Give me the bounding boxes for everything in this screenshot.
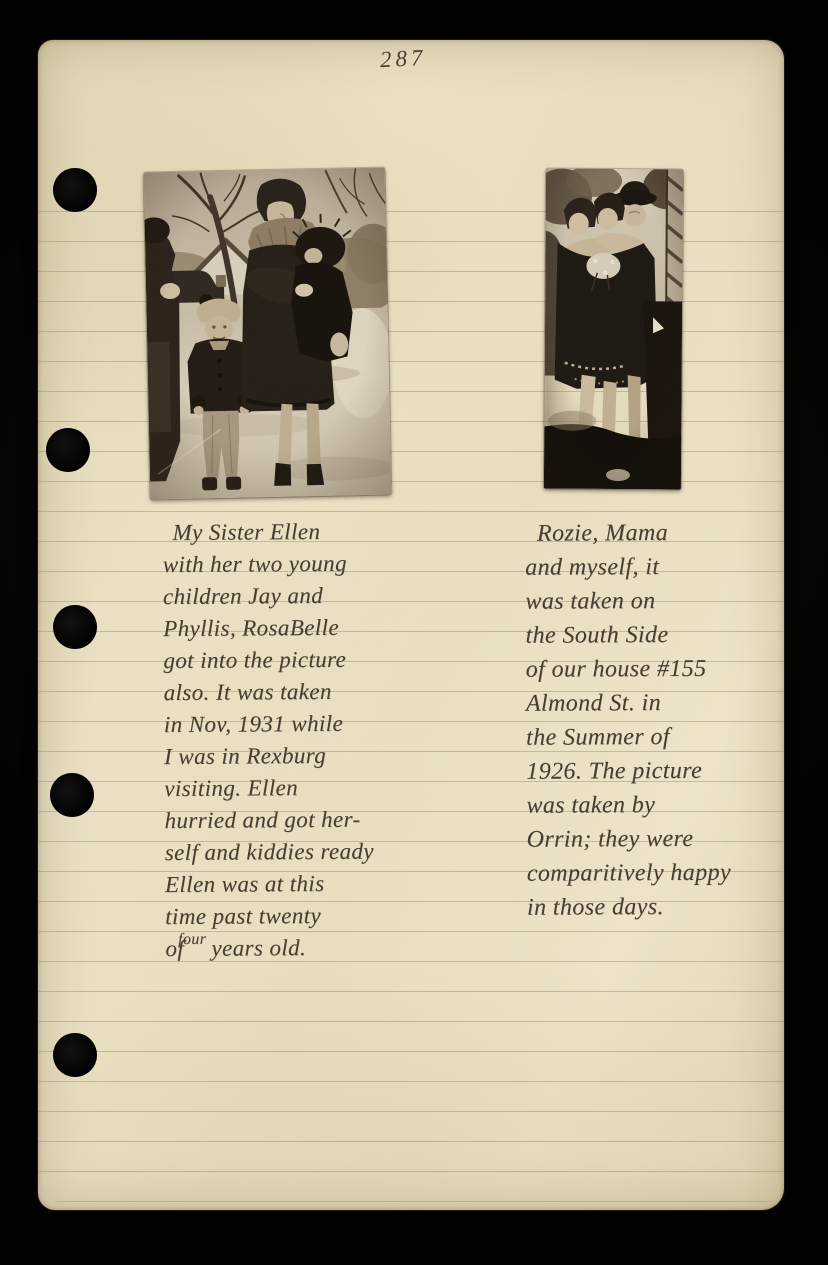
- caption-line: the Summer of: [526, 719, 816, 755]
- caption-line: was taken on: [525, 583, 815, 619]
- caption-line: children Jay and: [163, 579, 473, 613]
- punch-hole: [53, 605, 97, 649]
- caption-line: time past twenty: [165, 899, 475, 933]
- caption-line: Orrin; they were: [527, 821, 817, 857]
- caption-line: hurried and got her-: [164, 803, 474, 837]
- punch-hole: [46, 428, 90, 472]
- caption-line: self and kiddies ready: [165, 835, 475, 869]
- scan-background: 287: [0, 0, 828, 1265]
- insertion-suffix: years old.: [211, 935, 306, 961]
- photo-embracing-group-art: [544, 169, 683, 490]
- inserted-word: four: [178, 931, 206, 948]
- caption-line: I was in Rexburg: [164, 739, 474, 773]
- caption-line: Rozie, Mama: [525, 515, 815, 551]
- caption-line: also. It was taken: [164, 675, 474, 709]
- photo-embracing-group: [544, 169, 683, 490]
- caption-line: Almond St. in: [526, 685, 816, 721]
- caption-line: of our house #155: [526, 651, 816, 687]
- photo-winter-family-art: [144, 168, 392, 500]
- punch-hole: [53, 1033, 97, 1077]
- caption-right-column: Rozie, Mama and myself, it was taken on …: [525, 515, 817, 925]
- caption-line: with her two young: [163, 547, 473, 581]
- caption-line-with-insertion: offouryears old.: [165, 931, 475, 968]
- punch-hole: [50, 773, 94, 817]
- photo-winter-family: [144, 168, 392, 500]
- caption-line: Phyllis, RosaBelle: [163, 611, 473, 645]
- caption-line: got into the picture: [163, 643, 473, 677]
- caption-line: in those days.: [527, 889, 817, 925]
- punch-hole: [53, 168, 97, 212]
- page-number: 287: [379, 45, 427, 73]
- caption-line: in Nov, 1931 while: [164, 707, 474, 741]
- caption-line: My Sister Ellen: [162, 515, 472, 549]
- caption-line: was taken by: [526, 787, 816, 823]
- caption-line: comparitively happy: [527, 855, 817, 891]
- caption-line: visiting. Ellen: [164, 771, 474, 805]
- caption-line: 1926. The picture: [526, 753, 816, 789]
- album-page: 287: [38, 40, 784, 1210]
- caption-line: and myself, it: [525, 549, 815, 585]
- caption-line: Ellen was at this: [165, 867, 475, 901]
- caption-left-column: My Sister Ellen with her two young child…: [162, 515, 475, 968]
- caption-line: the South Side: [525, 617, 815, 653]
